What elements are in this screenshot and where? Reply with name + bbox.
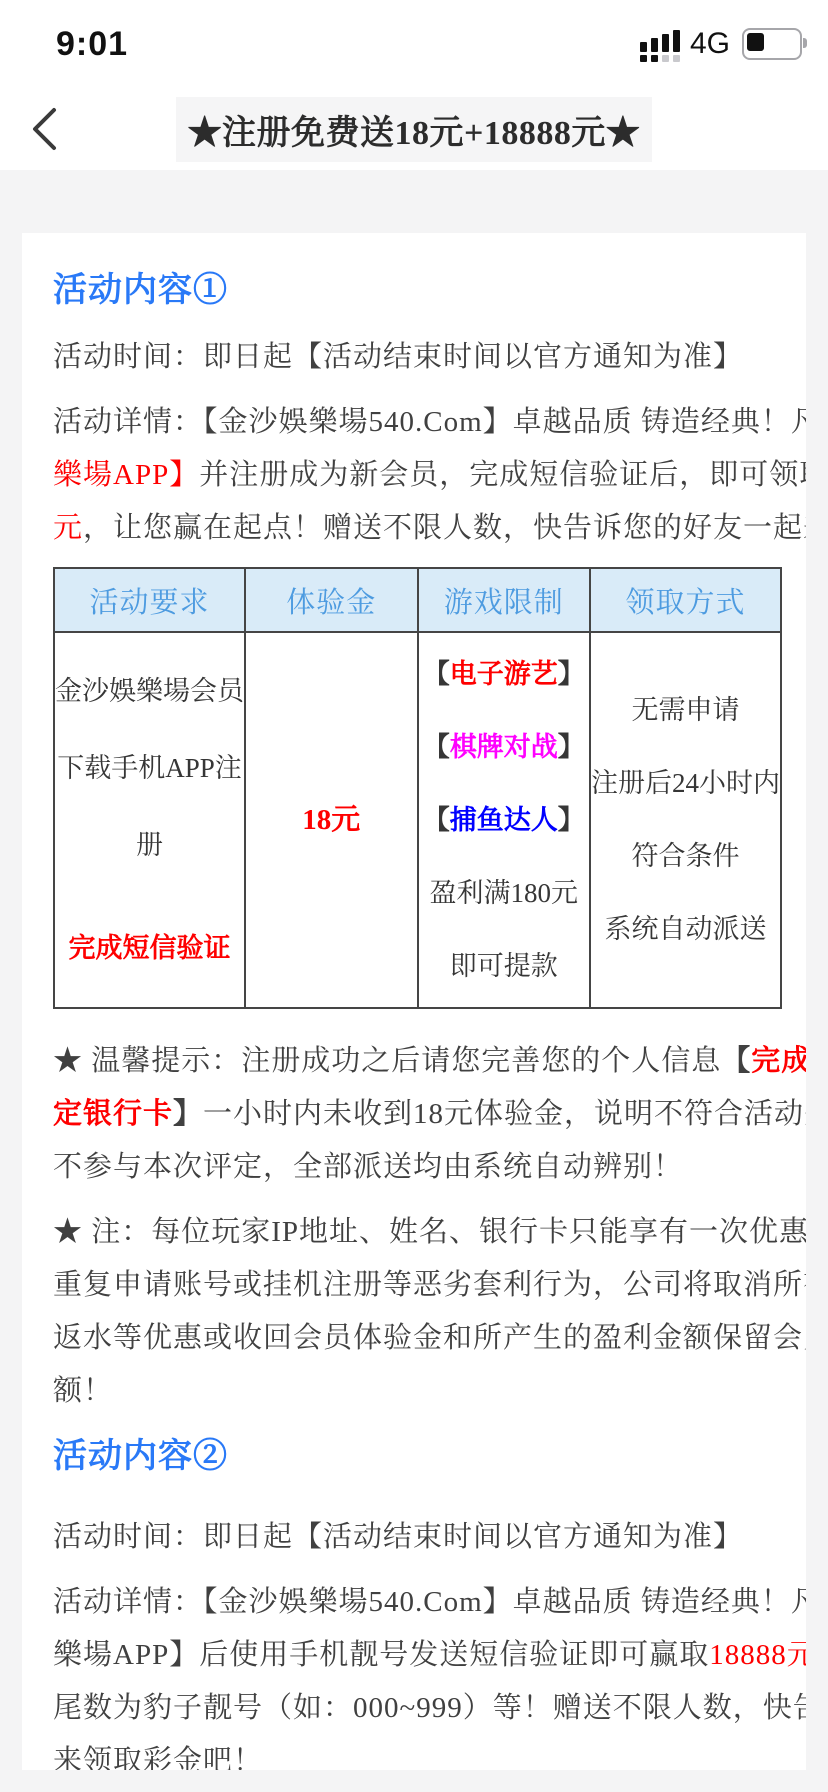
battery-icon	[742, 28, 802, 60]
chevron-left-icon	[30, 106, 58, 152]
table-header-claim-method: 领取方式	[589, 569, 780, 633]
page-title: ★注册免费送18元+18888元★	[176, 97, 653, 162]
text-line: 重复申请账号或挂机注册等恶劣套利行为，公司将取消所有享受优惠彩金	[53, 1259, 782, 1312]
text-line: 符合条件	[632, 820, 740, 893]
text-line: ★ 注：每位玩家IP地址、姓名、银行卡只能享有一次优惠；若会员有多IP	[53, 1206, 782, 1259]
text-line: 下载手机APP注	[57, 730, 242, 807]
text-line: ★ 温馨提示：注册成功之后请您完善您的个人信息【完成短信验证】 【绑	[53, 1035, 782, 1088]
promo-card: 活动内容① 活动时间：即日起【活动结束时间以官方通知为准】 活动详情：【金沙娛樂…	[22, 233, 806, 1770]
clock-time: 9:01	[56, 25, 128, 64]
text-line: 元，让您赢在起点！赠送不限人数，快告诉您的好友一起来领取彩金吧！	[53, 502, 782, 555]
table-cell-requirement: 金沙娛樂場会员下载手机APP注册完成短信验证	[55, 633, 244, 1007]
text-line: 返水等优惠或收回会员体验金和所产生的盈利金额保留会员实际存款金	[53, 1312, 782, 1365]
network-type-label: 4G	[690, 27, 730, 61]
text-line: 尾数为豹子靓号（如：000~999）等！赠送不限人数，快告诉您的好友一起	[53, 1682, 782, 1735]
text-line: 来领取彩金吧！	[53, 1735, 782, 1770]
table-header-bonus: 体验金	[244, 569, 417, 633]
text-line: 册	[136, 807, 163, 884]
text-line: 定银行卡】一小时内未收到18元体验金，说明不符合活动条件！客服人员	[53, 1088, 782, 1141]
table-cell-game-limit: 【电子游艺】【棋牌对战】【捕鱼达人】盈利满180元即可提款	[417, 633, 590, 1007]
phone-screen: 9:01 4G ★注册免费送18元+18888元★ 活动内容①	[0, 0, 828, 1792]
section1-time-paragraph: 活动时间：即日起【活动结束时间以官方通知为准】	[53, 331, 782, 384]
text-line: 金沙娛樂場会员	[55, 653, 244, 730]
promo-table: 活动要求 体验金 游戏限制 领取方式 金沙娛樂場会员下载手机APP注册完成短信验…	[53, 567, 782, 1009]
text-line: 无需申请	[632, 674, 740, 747]
text-line: 额！	[53, 1365, 782, 1418]
table-cell-bonus: 18元	[244, 633, 417, 1007]
table-header-requirement: 活动要求	[55, 569, 244, 633]
note-paragraph: ★ 注：每位玩家IP地址、姓名、银行卡只能享有一次优惠；若会员有多IP重复申请账…	[53, 1206, 782, 1418]
text-line: 樂場APP】并注册成为新会员，完成短信验证后，即可领取注册体验金18	[53, 449, 782, 502]
battery-nub	[803, 38, 807, 48]
signal-col	[662, 34, 669, 62]
text-line: 18元	[302, 784, 360, 857]
status-bar: 9:01 4G	[0, 0, 828, 88]
text-line: 盈利满180元	[430, 857, 579, 930]
signal-col	[651, 38, 658, 62]
status-bar-right: 4G	[640, 26, 802, 62]
section1-heading: 活动内容①	[53, 273, 782, 309]
signal-col	[640, 42, 647, 62]
battery-fill	[747, 33, 764, 51]
cellular-signal-icon	[640, 26, 680, 62]
section1-detail-paragraph: 活动详情：【金沙娛樂場540.Com】卓越品质 铸造经典！凡下载【金沙娛樂場AP…	[53, 396, 782, 555]
table-header-game-limit: 游戏限制	[417, 569, 590, 633]
text-line: 活动详情：【金沙娛樂場540.Com】卓越品质 铸造经典！凡下载【金沙娛	[53, 396, 782, 449]
section2-time-paragraph: 活动时间：即日起【活动结束时间以官方通知为准】	[53, 1511, 782, 1564]
text-line: 【棋牌对战】	[423, 711, 585, 784]
text-line: 即可提款	[450, 930, 558, 1003]
text-line: 【电子游艺】	[423, 638, 585, 711]
text-line: 活动时间：即日起【活动结束时间以官方通知为准】	[53, 1511, 782, 1564]
text-line: 活动详情：【金沙娛樂場540.Com】卓越品质 铸造经典！凡下载【金沙娛	[53, 1576, 782, 1629]
text-line: 系统自动派送	[605, 893, 767, 966]
signal-col	[673, 30, 680, 62]
text-line: 不参与本次评定，全部派送均由系统自动辨别！	[53, 1141, 782, 1194]
text-line: 樂場APP】后使用手机靓号发送短信验证即可赢取18888元彩金，手机号码	[53, 1629, 782, 1682]
text-line: 【捕鱼达人】	[423, 784, 585, 857]
section2-heading: 活动内容②	[53, 1439, 782, 1475]
nav-bar: ★注册免费送18元+18888元★	[0, 88, 828, 170]
text-line: 活动时间：即日起【活动结束时间以官方通知为准】	[53, 331, 782, 384]
section2-detail-paragraph: 活动详情：【金沙娛樂場540.Com】卓越品质 铸造经典！凡下载【金沙娛樂場AP…	[53, 1576, 782, 1770]
table-cell-claim-method: 无需申请注册后24小时内符合条件系统自动派送	[589, 633, 780, 1007]
page-body[interactable]: 活动内容① 活动时间：即日起【活动结束时间以官方通知为准】 活动详情：【金沙娛樂…	[0, 170, 828, 1792]
back-button[interactable]	[22, 102, 66, 156]
text-line: 完成短信验证	[69, 910, 231, 987]
warm-tips-paragraph: ★ 温馨提示：注册成功之后请您完善您的个人信息【完成短信验证】 【绑定银行卡】一…	[53, 1035, 782, 1194]
text-line: 注册后24小时内	[591, 747, 780, 820]
